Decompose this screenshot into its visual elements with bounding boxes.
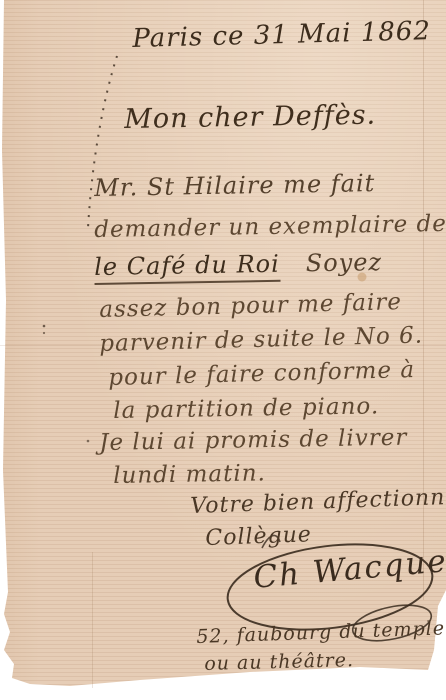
address-line: ou au théâtre. — [204, 649, 354, 675]
closing-line: Collègue — [205, 522, 312, 551]
after-underline-text: Soyez — [306, 248, 383, 277]
salutation: Mon cher Deffès. — [124, 100, 376, 135]
fold-line-bottom-left — [92, 552, 93, 688]
body-line: Mr. St Hilaire me fait — [94, 169, 376, 202]
letter-scan: Paris ce 31 Mai 1862 Mon cher Deffès. Mr… — [0, 0, 446, 700]
body-line: Je lui ai promis de livrer — [99, 425, 408, 456]
underlined-work-title: le Café du Roi — [94, 250, 280, 285]
body-line: lundi matin. — [113, 460, 266, 489]
body-line: la partition de piano. — [113, 393, 379, 424]
body-line-with-underlined-title: le Café du RoiSoyez — [94, 248, 382, 281]
